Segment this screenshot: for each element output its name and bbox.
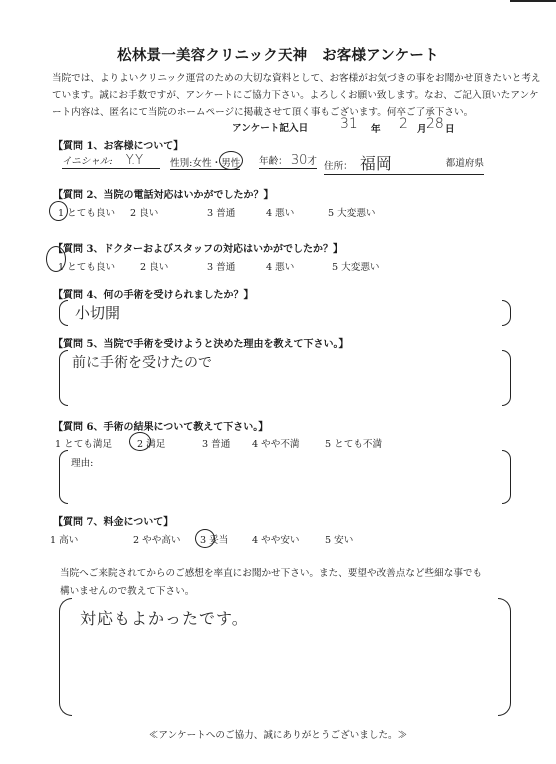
intro-paragraph: 当院では、よりよいクリニック運営のための大切な資料として、お客様がお気づきの事を…: [52, 70, 512, 121]
q2-selected-circle: [49, 201, 68, 221]
q4-heading: 【質問 4、何の手術を受けられましたか？】: [53, 286, 253, 301]
q6-reason-label: 理由:: [71, 455, 93, 469]
q3-option-5[interactable]: 5 大変悪い: [332, 259, 380, 273]
q6-option-1[interactable]: 1 とても満足: [55, 436, 112, 450]
date-year-label: 年: [371, 121, 381, 135]
q7-heading: 【質問 7、料金について】: [53, 513, 173, 528]
q4-answer-field[interactable]: 小切開: [75, 302, 120, 323]
q7-option-1[interactable]: 1 高い: [50, 532, 78, 546]
q2-option-2[interactable]: 2 良い: [130, 205, 158, 219]
q3-heading: 【質問 3、ドクターおよびスタッフの対応はいかがでしたか？】: [53, 240, 343, 255]
footer-thanks: ≪アンケートへのご協力、誠にありがとうございました。≫: [0, 727, 556, 741]
q5-answer-field[interactable]: 前に手術を受けたので: [72, 352, 212, 372]
q4-bracket-right: [502, 300, 511, 326]
address-label: 住所：: [324, 161, 353, 172]
q2-heading: 【質問 2、当院の電話対応はいかがでしたか？】: [53, 186, 273, 201]
scan-edge-mark: [510, 0, 556, 2]
intro-line-1: 当院では、よりよいクリニック運営のための大切な資料として、お客様がお気づきの事を…: [52, 70, 512, 87]
q6-heading: 【質問 6、手術の結果について教えて下さい。】: [53, 418, 268, 433]
date-label: アンケート記入日: [232, 120, 308, 134]
q6-selected-circle: [129, 432, 151, 451]
comments-bracket-left: [59, 598, 72, 716]
comments-bracket-right: [498, 598, 511, 716]
q3-option-3[interactable]: 3 普通: [207, 259, 235, 273]
q5-bracket-left: [59, 350, 68, 406]
comments-answer-field[interactable]: 対応もよかったです。: [80, 606, 249, 629]
age-value: 30: [291, 153, 308, 168]
initial-label: イニシャル:: [62, 156, 113, 167]
q1-heading: 【質問 1、お客様について】: [53, 137, 183, 152]
date-year-field[interactable]: 31: [340, 116, 358, 132]
initial-field[interactable]: イニシャル: Y.Y: [62, 153, 160, 169]
page-title: 松林景一美容クリニック天神 お客様アンケート: [0, 44, 556, 65]
q7-option-2[interactable]: 2 やや高い: [133, 532, 181, 546]
q6-option-5[interactable]: 5 とても不満: [325, 436, 382, 450]
initial-value: Y.Y: [126, 153, 143, 168]
date-day-label: 日: [445, 121, 455, 135]
q6-option-3[interactable]: 3 普通: [202, 436, 230, 450]
q5-heading: 【質問 5、当院で手術を受けようと決めた理由を教えて下さい。】: [53, 335, 348, 350]
q3-option-1[interactable]: 1 とても良い: [58, 259, 115, 273]
age-field[interactable]: 年齢： 30才: [259, 153, 317, 169]
date-month-field[interactable]: 2: [399, 116, 408, 132]
address-suffix: 都道府県: [446, 155, 484, 169]
age-unit: 才: [307, 156, 317, 167]
q7-option-4[interactable]: 4 やや安い: [252, 532, 300, 546]
q6-bracket-right: [502, 450, 511, 504]
q3-selected-circle: [46, 246, 66, 272]
intro-line-2: ています。誠にお手数ですが、アンケートにご協力下さい。よろしくお願い致します。な…: [52, 87, 512, 104]
gender-label: 性別:女性・: [170, 158, 221, 169]
q4-bracket-left: [59, 300, 68, 326]
q2-option-4[interactable]: 4 悪い: [266, 205, 294, 219]
q2-option-5[interactable]: 5 大変悪い: [328, 205, 376, 219]
comments-prompt-line-1: 当院へご来院されてからのご感想を率直にお聞かせ下さい。また、要望や改善点など些細…: [60, 565, 482, 579]
q3-option-2[interactable]: 2 良い: [140, 259, 168, 273]
q3-option-4[interactable]: 4 悪い: [266, 259, 294, 273]
q6-reason-field[interactable]: [95, 453, 495, 497]
q6-option-4[interactable]: 4 やや不満: [252, 436, 300, 450]
q7-option-5[interactable]: 5 安い: [325, 532, 353, 546]
q6-bracket-left: [59, 450, 68, 504]
address-value: 福岡: [360, 154, 392, 173]
gender-selected-circle: [219, 151, 243, 170]
age-label: 年齢：: [259, 156, 288, 167]
address-field[interactable]: 住所： 福岡 都道府県: [324, 151, 484, 175]
date-day-field[interactable]: 28: [426, 116, 444, 132]
q7-selected-circle: [195, 529, 215, 548]
q5-bracket-right: [502, 350, 511, 406]
q2-option-3[interactable]: 3 普通: [207, 205, 235, 219]
comments-prompt-line-2: 構いませんので教えて下さい。: [60, 583, 194, 597]
